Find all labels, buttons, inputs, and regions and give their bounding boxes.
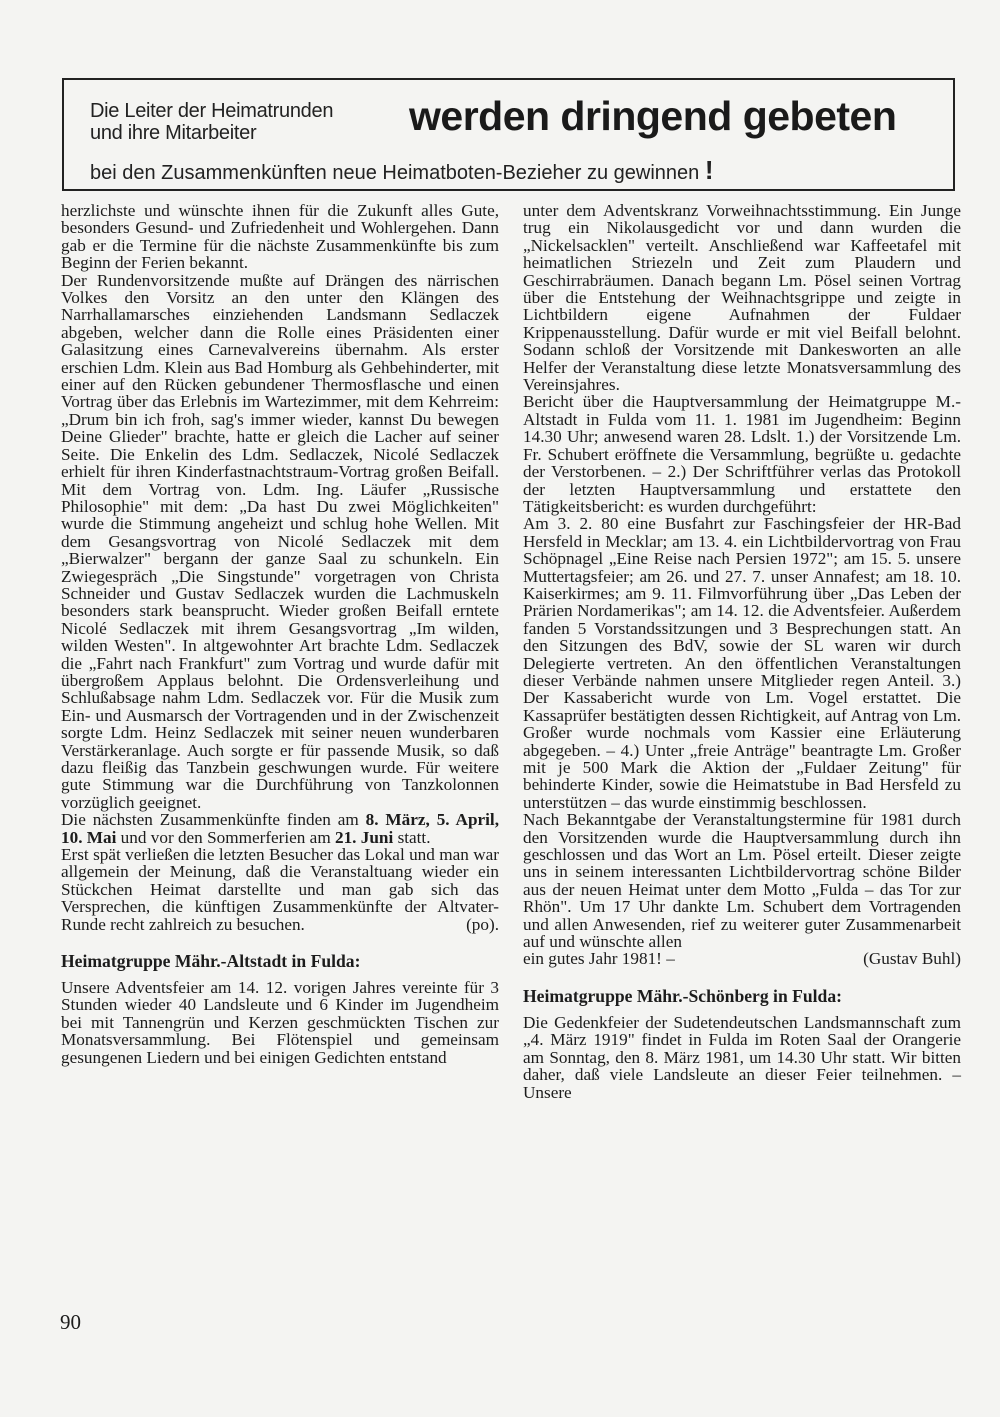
closing-line: ein gutes Jahr 1981! – (Gustav Buhl) (523, 950, 961, 967)
left-column: herzlichste und wünschte ihnen für die Z… (61, 202, 499, 1066)
paragraph: Der Rundenvorsitzende mußte auf Drängen … (61, 272, 499, 812)
exclamation-mark: ! (705, 155, 714, 185)
author-signature: (Gustav Buhl) (863, 950, 961, 967)
paragraph: Die Gedenkfeier der Sudetendeutschen Lan… (523, 1014, 961, 1101)
page-number: 90 (60, 1310, 81, 1335)
paragraph-meeting-dates: Die nächsten Zusammenkünfte finden am 8.… (61, 811, 499, 846)
date-bold: 21. Juni (335, 828, 393, 847)
paragraph: herzlichste und wünschte ihnen für die Z… (61, 202, 499, 272)
notice-small-line-1: Die Leiter der Heimatrunden (90, 100, 333, 122)
paragraph: Unsere Adventsfeier am 14. 12. vorigen J… (61, 979, 499, 1066)
paragraph: Am 3. 2. 80 eine Busfahrt zur Faschingsf… (523, 515, 961, 811)
author-signature: (po). (466, 916, 499, 933)
notice-headline: werden dringend gebeten (409, 92, 896, 140)
paragraph: Nach Bekanntgabe der Veranstaltungstermi… (523, 811, 961, 950)
notice-bottom-line: bei den Zusammenkünften neue Heimatboten… (90, 158, 714, 185)
right-column: unter dem Adventskranz Vorweihnachtsstim… (523, 202, 961, 1101)
notice-small-line-2: und ihre Mitarbeiter (90, 122, 333, 144)
paragraph: Bericht über die Hauptversammlung der He… (523, 393, 961, 515)
section-heading-schoenberg: Heimatgruppe Mähr.-Schönberg in Fulda: (523, 986, 961, 1006)
section-heading-altstadt: Heimatgruppe Mähr.-Altstadt in Fulda: (61, 951, 499, 971)
notice-bottom-text: bei den Zusammenkünften neue Heimatboten… (90, 162, 699, 184)
paragraph: unter dem Adventskranz Vorweihnachtsstim… (523, 202, 961, 393)
notice-box: Die Leiter der Heimatrunden und ihre Mit… (62, 78, 955, 191)
paragraph: Erst spät verließen die letzten Besucher… (61, 846, 499, 933)
notice-addressees: Die Leiter der Heimatrunden und ihre Mit… (90, 100, 333, 144)
